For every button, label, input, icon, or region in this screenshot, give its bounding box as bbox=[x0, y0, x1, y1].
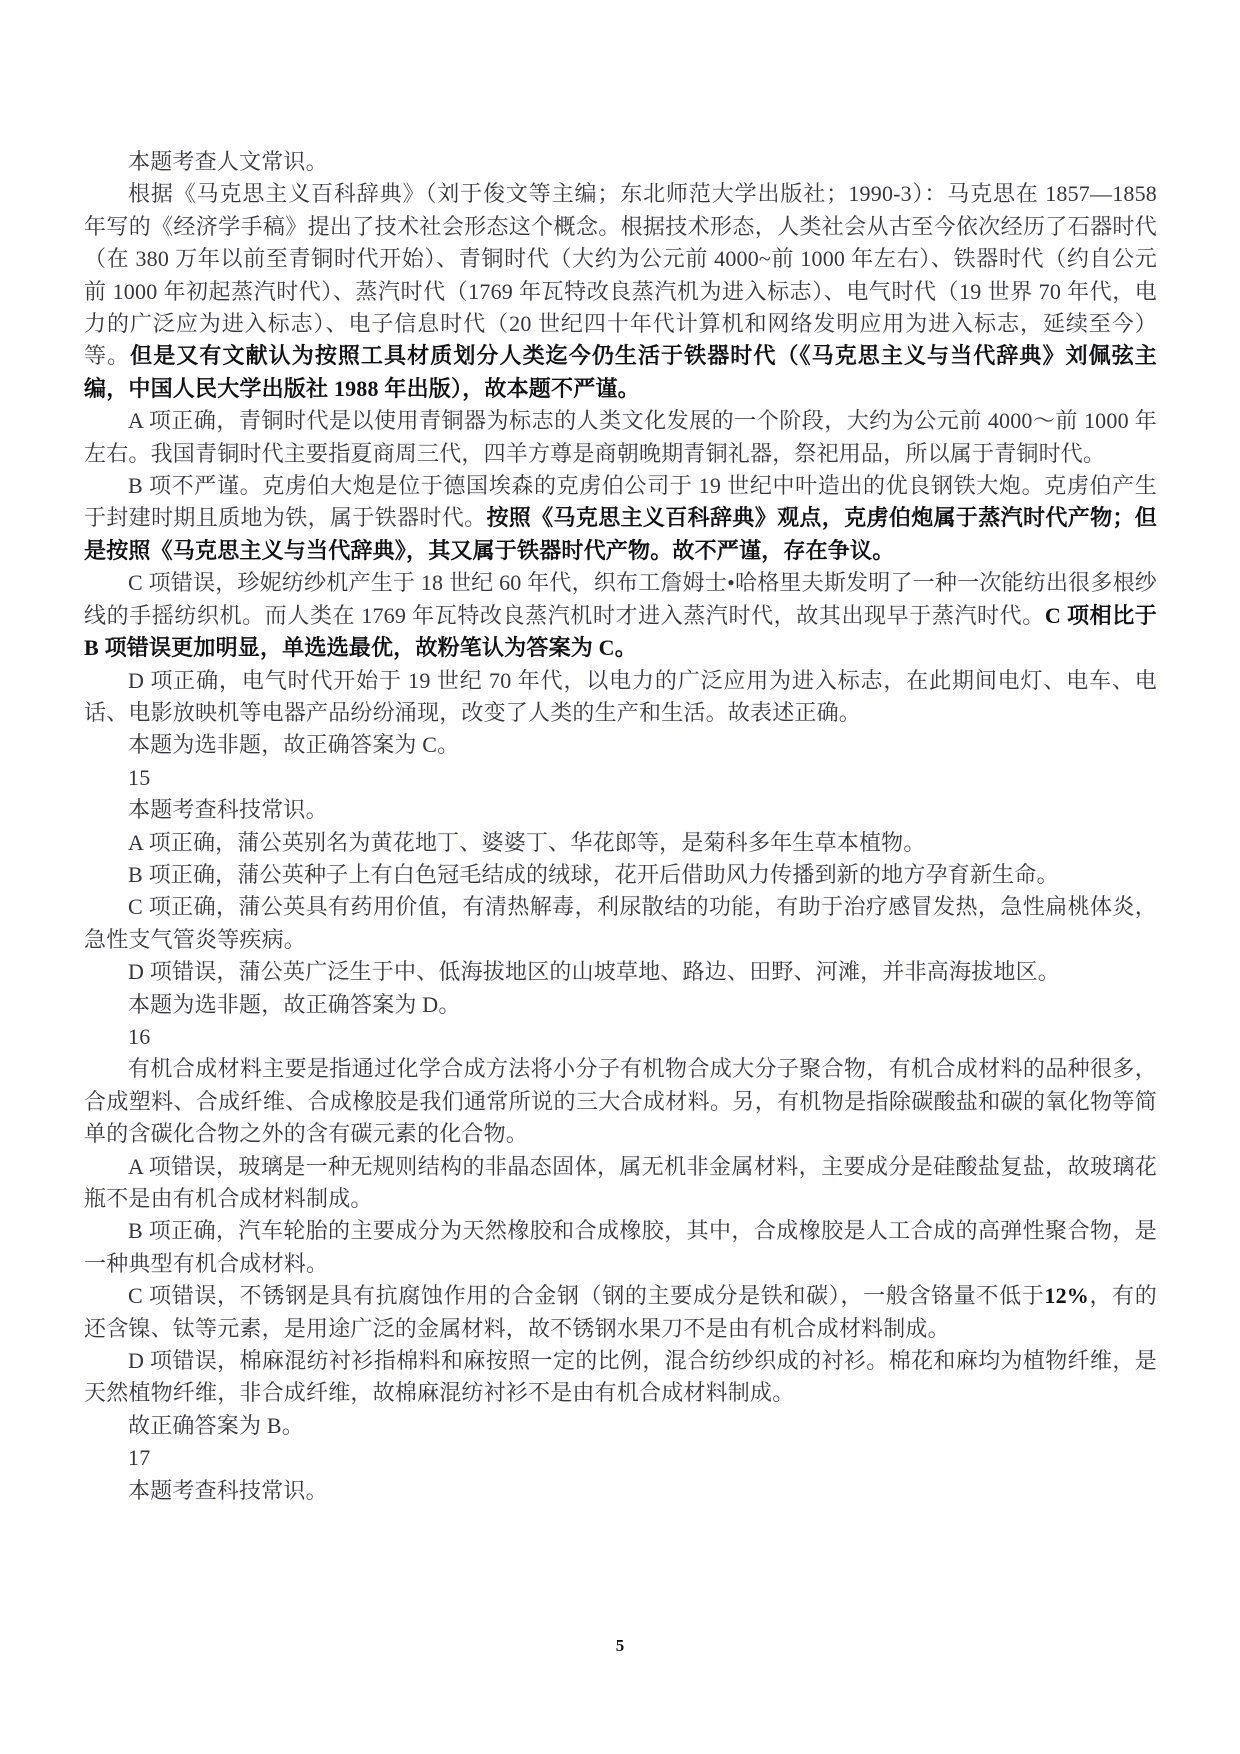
paragraph: 本题为选非题，故正确答案为 C。 bbox=[84, 729, 1157, 761]
paragraph: D 项正确，电气时代开始于 19 世纪 70 年代，以电力的广泛应用为进入标志，… bbox=[84, 665, 1157, 730]
text-run: C 项错误，不锈钢是具有抗腐蚀作用的合金钢（钢的主要成分是铁和碳），一般含铬量不… bbox=[128, 1283, 1044, 1308]
text-run: 16 bbox=[128, 1024, 150, 1049]
document-page: 本题考查人文常识。根据《马克思主义百科辞典》（刘于俊文等主编；东北师范大学出版社… bbox=[0, 0, 1240, 1754]
text-run: 17 bbox=[128, 1445, 150, 1470]
paragraph: C 项错误，不锈钢是具有抗腐蚀作用的合金钢（钢的主要成分是铁和碳），一般含铬量不… bbox=[84, 1280, 1157, 1345]
text-run: A 项错误，玻璃是一种无规则结构的非晶态固体，属无机非金属材料，主要成分是硅酸盐… bbox=[84, 1154, 1157, 1211]
paragraph: B 项不严谨。克虏伯大炮是位于德国埃森的克虏伯公司于 19 世纪中叶造出的优良钢… bbox=[84, 470, 1157, 567]
text-run: D 项错误，棉麻混纺衬衫指棉料和麻按照一定的比例，混合纺纱织成的衬衫。棉花和麻均… bbox=[84, 1348, 1157, 1405]
text-run: 但是又有文献认为按照工具材质划分人类迄今仍生活于铁器时代（《马克思主义与当代辞典… bbox=[84, 343, 1157, 400]
page-number: 5 bbox=[0, 1636, 1240, 1656]
paragraph: D 项错误，棉麻混纺衬衫指棉料和麻按照一定的比例，混合纺纱织成的衬衫。棉花和麻均… bbox=[84, 1345, 1157, 1410]
paragraph: 本题考查人文常识。 bbox=[84, 146, 1157, 178]
text-run: D 项正确，电气时代开始于 19 世纪 70 年代，以电力的广泛应用为进入标志，… bbox=[84, 668, 1157, 725]
text-run: 根据《马克思主义百科辞典》（刘于俊文等主编；东北师范大学出版社；1990-3）：… bbox=[84, 181, 1157, 368]
text-run: B 项正确，蒲公英种子上有白色冠毛结成的绒球，花开后借助风力传播到新的地方孕育新… bbox=[128, 862, 1059, 887]
paragraph: 本题考查科技常识。 bbox=[84, 794, 1157, 826]
paragraph: 有机合成材料主要是指通过化学合成方法将小分子有机物合成大分子聚合物，有机合成材料… bbox=[84, 1053, 1157, 1150]
document-body: 本题考查人文常识。根据《马克思主义百科辞典》（刘于俊文等主编；东北师范大学出版社… bbox=[84, 146, 1157, 1507]
paragraph: A 项正确，青铜时代是以使用青铜器为标志的人类文化发展的一个阶段，大约为公元前 … bbox=[84, 405, 1157, 470]
text-run: 本题考查人文常识。 bbox=[128, 149, 328, 174]
paragraph: A 项正确，蒲公英别名为黄花地丁、婆婆丁、华花郎等，是菊科多年生草本植物。 bbox=[84, 827, 1157, 859]
paragraph: 本题为选非题，故正确答案为 D。 bbox=[84, 989, 1157, 1021]
text-run: 故正确答案为 B。 bbox=[128, 1413, 304, 1438]
paragraph: 根据《马克思主义百科辞典》（刘于俊文等主编；东北师范大学出版社；1990-3）：… bbox=[84, 178, 1157, 405]
text-run: C 项正确，蒲公英具有药用价值，有清热解毒，利尿散结的功能，有助于治疗感冒发热，… bbox=[84, 894, 1157, 951]
text-run: 有机合成材料主要是指通过化学合成方法将小分子有机物合成大分子聚合物，有机合成材料… bbox=[84, 1056, 1157, 1146]
paragraph: 故正确答案为 B。 bbox=[84, 1410, 1157, 1442]
paragraph: C 项错误，珍妮纺纱机产生于 18 世纪 60 年代，织布工詹姆士•哈格里夫斯发… bbox=[84, 567, 1157, 664]
paragraph: 本题考查科技常识。 bbox=[84, 1475, 1157, 1507]
text-run: A 项正确，蒲公英别名为黄花地丁、婆婆丁、华花郎等，是菊科多年生草本植物。 bbox=[128, 830, 926, 855]
text-run: 本题考查科技常识。 bbox=[128, 797, 328, 822]
paragraph: 15 bbox=[84, 762, 1157, 794]
text-run: 15 bbox=[128, 765, 150, 790]
text-run: 12% bbox=[1044, 1283, 1089, 1308]
paragraph: 17 bbox=[84, 1442, 1157, 1474]
text-run: A 项正确，青铜时代是以使用青铜器为标志的人类文化发展的一个阶段，大约为公元前 … bbox=[84, 408, 1157, 465]
paragraph: D 项错误，蒲公英广泛生于中、低海拔地区的山坡草地、路边、田野、河滩，并非高海拔… bbox=[84, 956, 1157, 988]
paragraph: C 项正确，蒲公英具有药用价值，有清热解毒，利尿散结的功能，有助于治疗感冒发热，… bbox=[84, 891, 1157, 956]
paragraph: 16 bbox=[84, 1021, 1157, 1053]
text-run: B 项正确，汽车轮胎的主要成分为天然橡胶和合成橡胶，其中，合成橡胶是人工合成的高… bbox=[84, 1218, 1157, 1275]
paragraph: B 项正确，汽车轮胎的主要成分为天然橡胶和合成橡胶，其中，合成橡胶是人工合成的高… bbox=[84, 1215, 1157, 1280]
text-run: 本题为选非题，故正确答案为 D。 bbox=[128, 992, 461, 1017]
text-run: 本题考查科技常识。 bbox=[128, 1478, 328, 1503]
text-run: C 项错误，珍妮纺纱机产生于 18 世纪 60 年代，织布工詹姆士•哈格里夫斯发… bbox=[84, 570, 1157, 627]
text-run: D 项错误，蒲公英广泛生于中、低海拔地区的山坡草地、路边、田野、河滩，并非高海拔… bbox=[128, 959, 1060, 984]
text-run: 本题为选非题，故正确答案为 C。 bbox=[128, 732, 459, 757]
paragraph: B 项正确，蒲公英种子上有白色冠毛结成的绒球，花开后借助风力传播到新的地方孕育新… bbox=[84, 859, 1157, 891]
paragraph: A 项错误，玻璃是一种无规则结构的非晶态固体，属无机非金属材料，主要成分是硅酸盐… bbox=[84, 1151, 1157, 1216]
